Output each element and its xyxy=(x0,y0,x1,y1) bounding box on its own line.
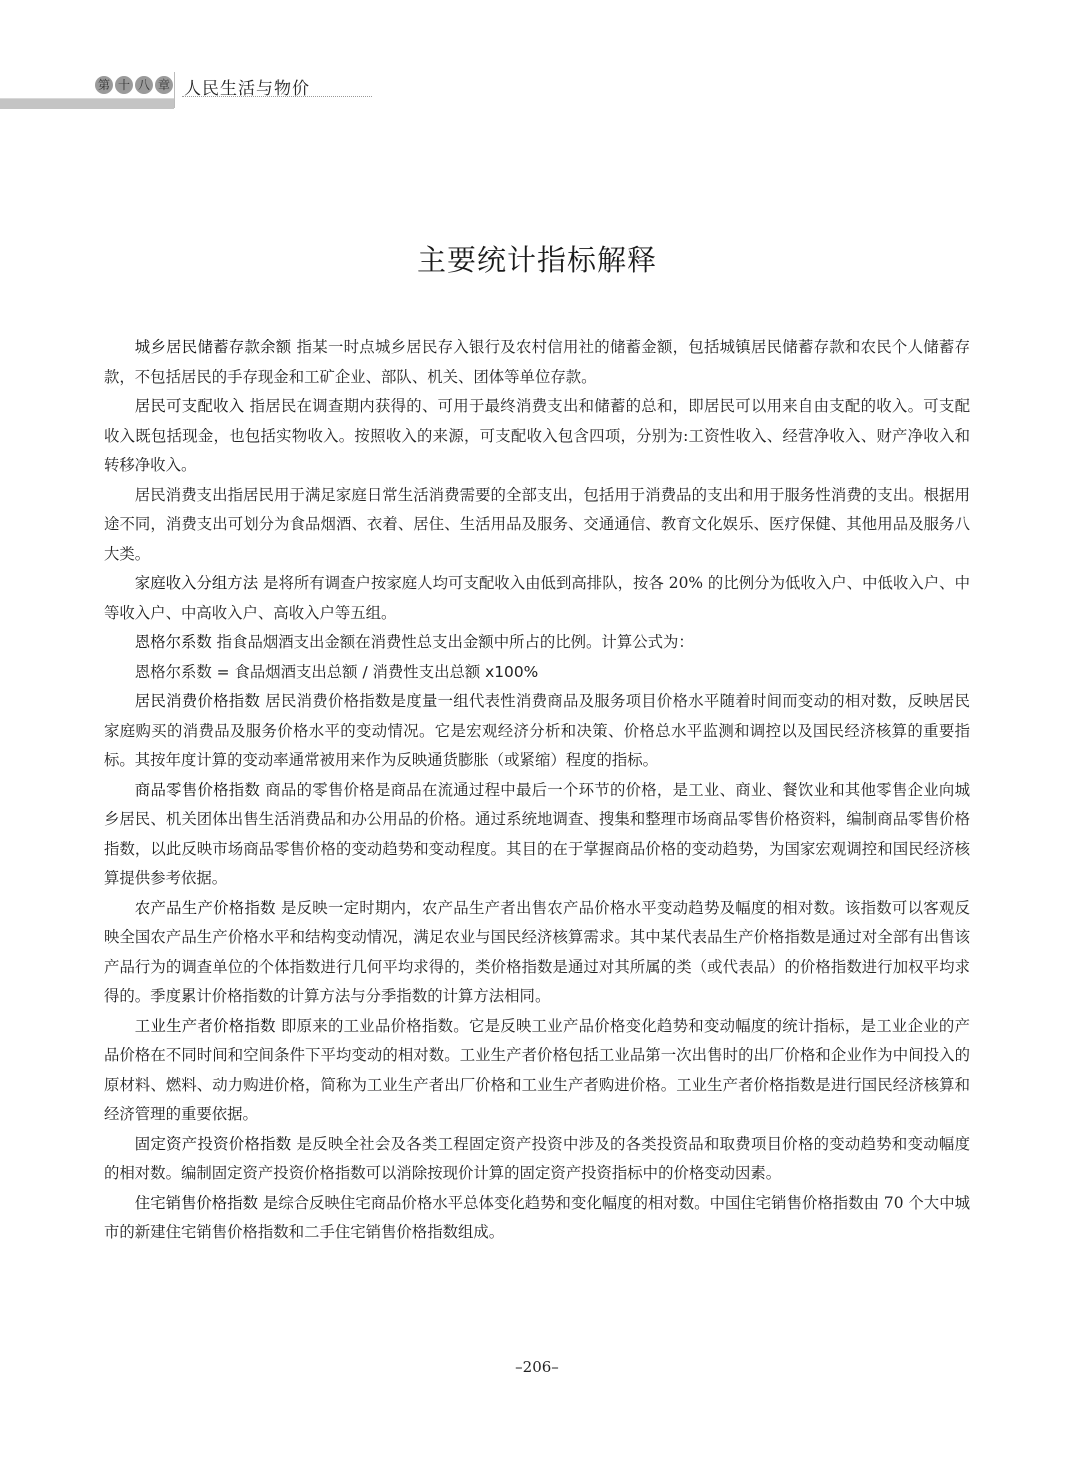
term: 恩格尔系数 xyxy=(135,633,212,651)
running-header: 第 十 八 章 人民生活与物价 xyxy=(0,72,380,112)
chapter-badge: 第 xyxy=(95,76,113,94)
chapter-badge: 十 xyxy=(115,76,133,94)
term: 家庭收入分组方法 xyxy=(135,574,258,592)
header-separator xyxy=(174,72,175,108)
term: 商品零售价格指数 xyxy=(135,781,260,799)
chapter-badge: 八 xyxy=(135,76,153,94)
body-text: 城乡居民储蓄存款余额 指某一时点城乡居民存入银行及农村信用社的储蓄金额，包括城镇… xyxy=(104,333,970,1248)
paragraph-fixed-asset-investment-price-index: 固定资产投资价格指数 是反映全社会及各类工程固定资产投资中涉及的各类投资品和取费… xyxy=(104,1130,970,1189)
paragraph-retail-price-index: 商品零售价格指数 商品的零售价格是商品在流通过程中最后一个环节的价格，是工业、商… xyxy=(104,776,970,894)
term: 固定资产投资价格指数 xyxy=(135,1135,292,1153)
paragraph-income-grouping: 家庭收入分组方法 是将所有调查户按家庭人均可支配收入由低到高排队，按各 20% … xyxy=(104,569,970,628)
header-dotted-rule xyxy=(182,96,372,97)
definition: 居民消费支出指居民用于满足家庭日常生活消费需要的全部支出，包括用于消费品的支出和… xyxy=(104,486,970,563)
page-title: 主要统计指标解释 xyxy=(0,238,1074,279)
term: 居民消费价格指数 xyxy=(135,692,260,710)
term: 城乡居民储蓄存款余额 xyxy=(135,338,292,356)
term: 工业生产者价格指数 xyxy=(135,1017,276,1035)
engel-formula: 恩格尔系数 = 食品烟酒支出总额 / 消费性支出总额 x100% xyxy=(104,658,970,688)
term: 住宅销售价格指数 xyxy=(135,1194,258,1212)
paragraph-consumption-expenditure: 居民消费支出指居民用于满足家庭日常生活消费需要的全部支出，包括用于消费品的支出和… xyxy=(104,481,970,570)
paragraph-housing-sales-price-index: 住宅销售价格指数 是综合反映住宅商品价格水平总体变化趋势和变化幅度的相对数。中国… xyxy=(104,1189,970,1248)
term: 农产品生产价格指数 xyxy=(135,899,276,917)
paragraph-disposable-income: 居民可支配收入 指居民在调查期内获得的、可用于最终消费支出和储蓄的总和，即居民可… xyxy=(104,392,970,481)
paragraph-agri-producer-price-index: 农产品生产价格指数 是反映一定时期内，农产品生产者出售农产品价格水平变动趋势及幅… xyxy=(104,894,970,1012)
paragraph-savings: 城乡居民储蓄存款余额 指某一时点城乡居民存入银行及农村信用社的储蓄金额，包括城镇… xyxy=(104,333,970,392)
header-bar xyxy=(0,98,174,109)
paragraph-cpi: 居民消费价格指数 居民消费价格指数是度量一组代表性消费商品及服务项目价格水平随着… xyxy=(104,687,970,776)
paragraph-industrial-producer-price-index: 工业生产者价格指数 即原来的工业品价格指数。它是反映工业产品价格变化趋势和变动幅… xyxy=(104,1012,970,1130)
paragraph-engel-coefficient: 恩格尔系数 指食品烟酒支出金额在消费性总支出金额中所占的比例。计算公式为： xyxy=(104,628,970,658)
chapter-badge: 章 xyxy=(155,76,173,94)
page-number: –206– xyxy=(0,1358,1074,1376)
formula-text: 恩格尔系数 = 食品烟酒支出总额 / 消费性支出总额 x100% xyxy=(135,663,538,681)
definition: 指食品烟酒支出金额在消费性总支出金额中所占的比例。计算公式为： xyxy=(212,633,694,651)
term: 居民可支配收入 xyxy=(135,397,245,415)
chapter-badges: 第 十 八 章 xyxy=(95,76,173,94)
